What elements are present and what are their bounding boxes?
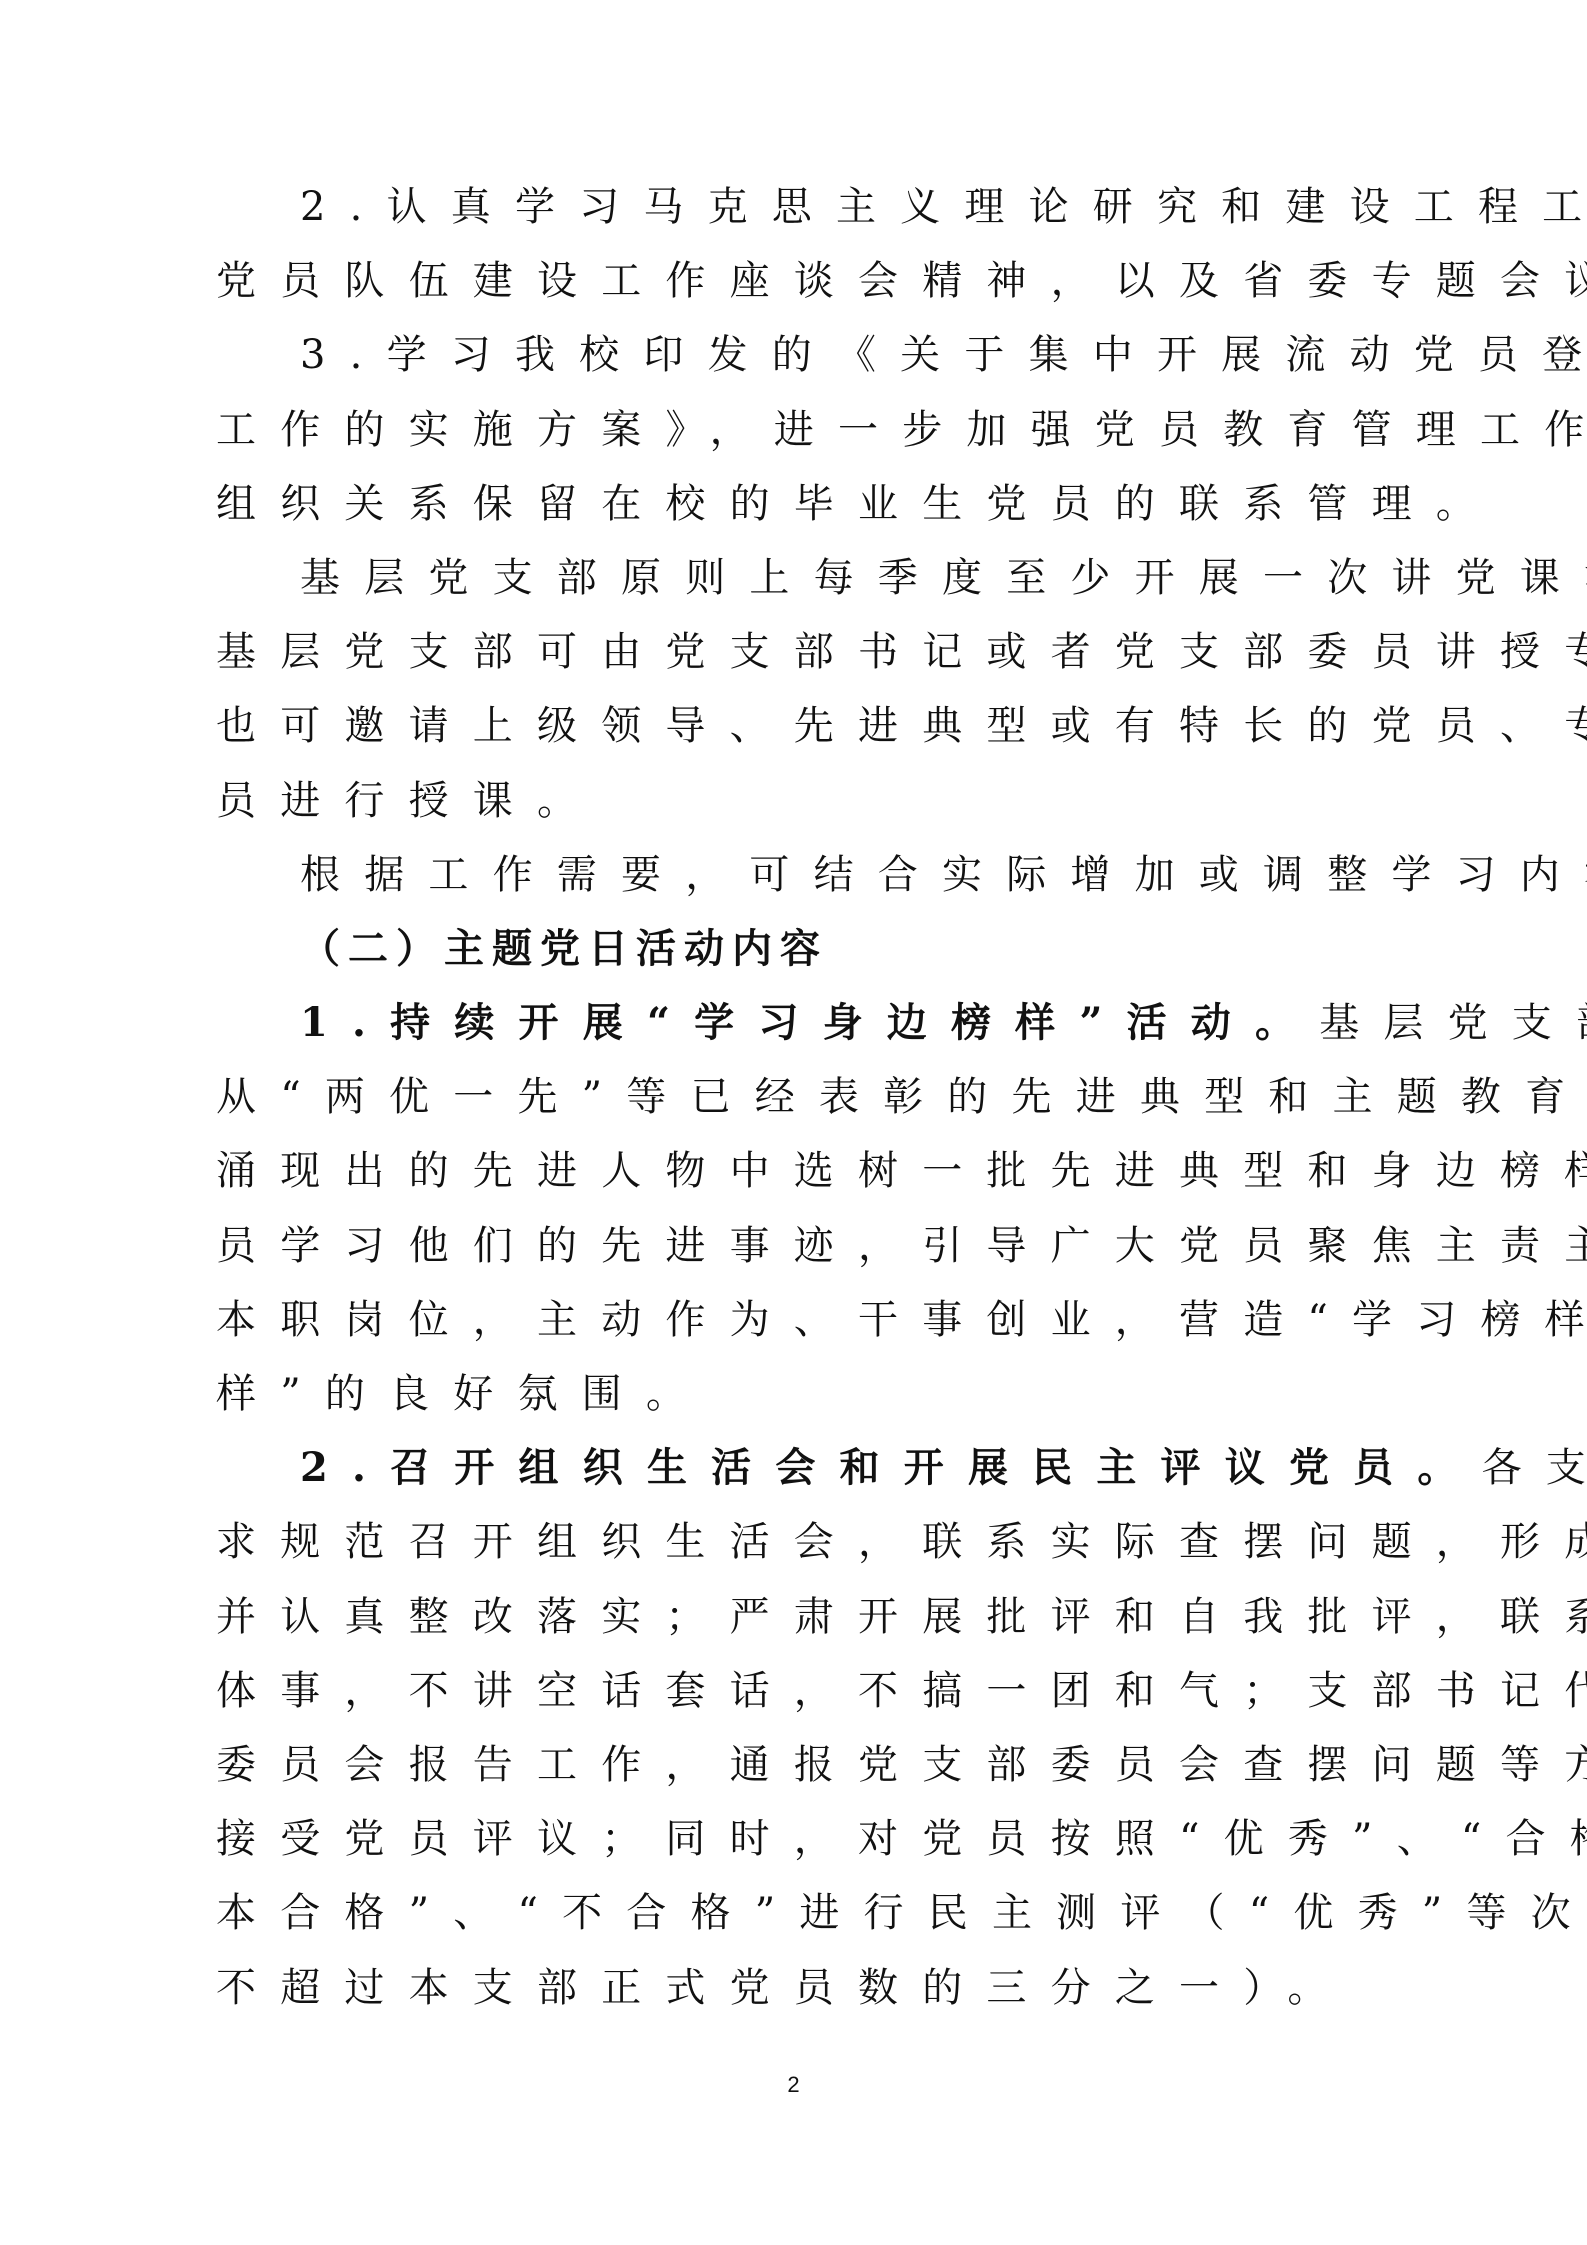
section-heading: （二）主题党日活动内容 <box>216 912 1386 986</box>
paragraph-line: 根据工作需要，可结合实际增加或调整学习内容。 <box>216 838 1386 912</box>
paragraph-line: 工作的实施方案》，进一步加强党员教育管理工作，尤其是 <box>216 393 1386 467</box>
paragraph-line: 从“两优一先”等已经表彰的先进典型和主题教育开展以来 <box>216 1060 1386 1134</box>
paragraph-line: 求规范召开组织生活会，联系实际查摆问题，形成问题清单， <box>216 1505 1386 1579</box>
paragraph-line: 基层党支部原则上每季度至少开展一次讲党课活动。各 <box>216 541 1386 615</box>
item-text: 各支部按照要 <box>1482 1445 1587 1491</box>
paragraph-line: 组织关系保留在校的毕业生党员的联系管理。 <box>216 467 1386 541</box>
page-number: 2 <box>0 2072 1587 2098</box>
item-lead: 2.召开组织生活会和开展民主评议党员。 <box>300 1444 1482 1491</box>
paragraph-line: 员进行授课。 <box>216 764 1386 838</box>
document-page: 2.认真学习马克思主义理论研究和建设工程工作会议、 党员队伍建设工作座谈会精神，… <box>0 0 1587 2245</box>
paragraph-line: 委员会报告工作，通报党支部委员会查摆问题等方面情况， <box>216 1728 1386 1802</box>
item-first-line: 1.持续开展“学习身边榜样”活动。基层党支部要注重 <box>216 986 1386 1060</box>
paragraph-line: 基层党支部可由党支部书记或者党支部委员讲授专题党课， <box>216 615 1386 689</box>
paragraph-line: 本职岗位，主动作为、干事创业，营造“学习榜样、争做榜 <box>216 1283 1386 1357</box>
paragraph-line: 接受党员评议；同时，对党员按照“优秀”、“合格”、“基 <box>216 1802 1386 1876</box>
item-first-line: 2.召开组织生活会和开展民主评议党员。各支部按照要 <box>216 1431 1386 1505</box>
paragraph-line: 体事，不讲空话套话，不搞一团和气；支部书记代表党支部 <box>216 1654 1386 1728</box>
paragraph-line: 2.认真学习马克思主义理论研究和建设工程工作会议、 <box>216 170 1386 244</box>
paragraph-line: 3.学习我校印发的《关于集中开展流动党员登记、接收 <box>216 318 1386 392</box>
paragraph-line: 员学习他们的先进事迹，引导广大党员聚焦主责主业、立足 <box>216 1209 1386 1283</box>
paragraph-line: 党员队伍建设工作座谈会精神，以及省委专题会议等精神。 <box>216 244 1386 318</box>
item-text: 基层党支部要注重 <box>1319 1000 1587 1046</box>
paragraph-line: 涌现出的先进人物中选树一批先进典型和身边榜样，组织党 <box>216 1134 1386 1208</box>
paragraph-line: 样”的良好氛围。 <box>216 1357 1386 1431</box>
body-text: 2.认真学习马克思主义理论研究和建设工程工作会议、 党员队伍建设工作座谈会精神，… <box>216 170 1386 2025</box>
item-lead: 1.持续开展“学习身边榜样”活动。 <box>300 999 1319 1046</box>
paragraph-line: 并认真整改落实；严肃开展批评和自我批评，联系具体人具 <box>216 1580 1386 1654</box>
paragraph-line: 本合格”、“不合格”进行民主测评（“优秀”等次的人数 <box>216 1876 1386 1950</box>
paragraph-line: 不超过本支部正式党员数的三分之一）。 <box>216 1951 1386 2025</box>
paragraph-line: 也可邀请上级领导、先进典型或有特长的党员、专业技术人 <box>216 689 1386 763</box>
